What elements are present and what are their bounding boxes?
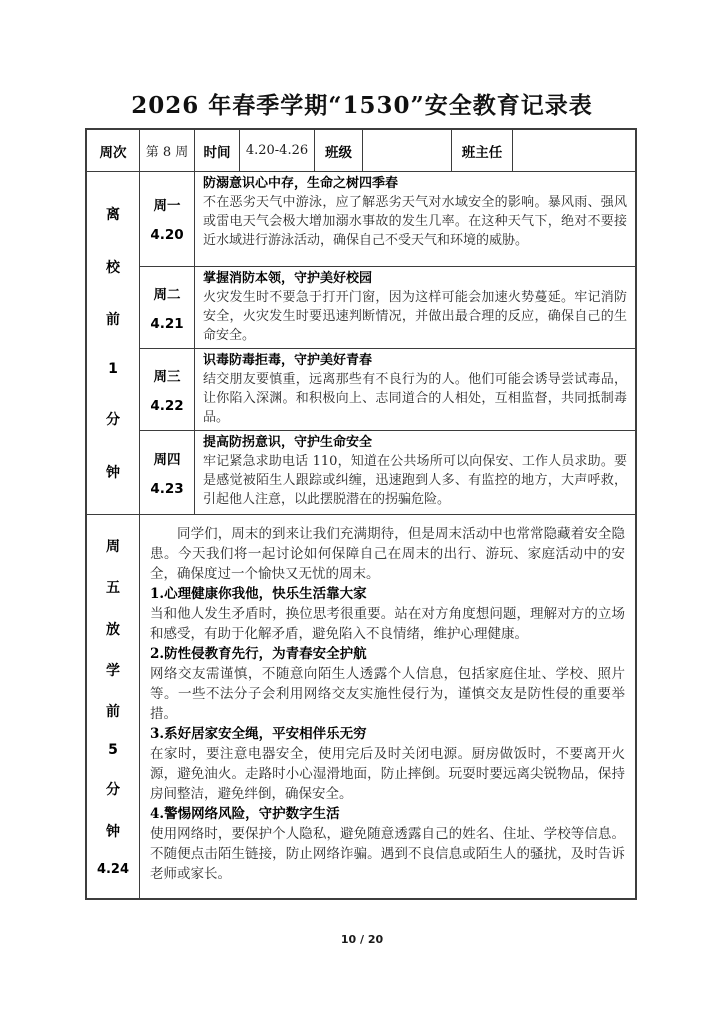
friday-section: 周 五 放 学 前 5 分 钟 4.24 同学们，周末的到来让我们充满期待，但是… [87,515,635,898]
day-label: 周三 [154,365,181,385]
table-row-thursday: 周四 4.23 提高防拐意识，守护生命安全 牢记紧急求助电话 110，知道在公共… [140,431,635,514]
side-char: 放 [106,619,120,639]
item-heading-4: 4.警惕网络风险，守护数字生活 [150,804,625,824]
day-label: 周四 [154,448,181,468]
item-heading-1: 1.心理健康你我他，快乐生活靠大家 [150,584,625,604]
content-cell: 掌握消防本领，守护美好校园 火灾发生时不要急于打开门窗，因为这样可能会加速火势蔓… [195,267,635,349]
week-number-label: 周次 [87,130,140,171]
table-row-monday: 周一 4.20 防溺意识心中存，生命之树四季春 不在恶劣天气中游泳，应了解恶劣天… [140,172,635,267]
item-heading-2: 2.防性侵教育先行，为青春安全护航 [150,644,625,664]
side-char: 钟 [106,821,120,841]
class-label: 班级 [315,130,363,171]
page-title: 2026 年春季学期“1530”安全教育记录表 [0,87,724,120]
friday-intro: 同学们，周末的到来让我们充满期待，但是周末活动中也常常隐藏着安全隐患。今天我们将… [150,524,625,584]
topic-body: 火灾发生时不要急于打开门窗，因为这样可能会加速火势蔓延。牢记消防安全，火灾发生时… [203,288,627,345]
day-label: 周二 [154,283,181,303]
topic-body: 不在恶劣天气中游泳，应了解恶劣天气对水域安全的影响。暴风雨、强风或雷电天气会极大… [203,193,627,250]
side-char: 校 [106,257,120,277]
friday-side-label: 周 五 放 学 前 5 分 钟 4.24 [87,515,140,898]
side-char: 离 [106,204,120,224]
side-char: 钟 [106,462,120,482]
topic-heading: 掌握消防本领，守护美好校园 [203,269,627,288]
side-char: 周 [106,536,120,556]
class-value-blank [363,130,452,171]
item-body-2: 网络交友需谨慎，不随意向陌生人透露个人信息，包括家庭住址、学校、照片等。一些不法… [150,664,625,724]
content-cell: 防溺意识心中存，生命之树四季春 不在恶劣天气中游泳，应了解恶劣天气对水域安全的影… [195,172,635,266]
topic-body: 结交朋友要慎重，远离那些有不良行为的人。他们可能会诱导尝试毒品，让你陷入深渊。和… [203,370,627,427]
item-body-1: 当和他人发生矛盾时，换位思考很重要。站在对方角度想问题，理解对方的立场和感受，有… [150,604,625,644]
teacher-value-blank [513,130,635,171]
topic-heading: 提高防拐意识，守护生命安全 [203,433,627,452]
table-row-tuesday: 周二 4.21 掌握消防本领，守护美好校园 火灾发生时不要急于打开门窗，因为这样… [140,267,635,350]
record-table: 周次 第 8 周 时间 4.20-4.26 班级 班主任 离 校 前 1 分 钟 [85,128,637,900]
item-body-3: 在家时，要注意电器安全，使用完后及时关闭电源。厨房做饭时，不要离开火源，避免油火… [150,744,625,804]
topic-heading: 识毒防毒拒毒，守护美好青春 [203,351,627,370]
side-char: 1 [108,361,118,377]
day-label: 周一 [154,194,181,214]
day-date: 4.22 [150,398,183,414]
document-page: 2026 年春季学期“1530”安全教育记录表 周次 第 8 周 时间 4.20… [0,0,724,1024]
week-number-value: 第 8 周 [140,130,195,171]
side-char: 五 [106,577,120,597]
day-date: 4.20 [150,227,183,243]
side-char: 分 [106,779,120,799]
table-header-row: 周次 第 8 周 时间 4.20-4.26 班级 班主任 [87,130,635,172]
day-cell: 周二 4.21 [140,267,195,349]
daily-section: 离 校 前 1 分 钟 周一 4.20 防溺意识心中存，生命之树四季春 不在恶劣… [87,172,635,515]
page-number: 10 / 20 [0,933,724,946]
teacher-label: 班主任 [452,130,513,171]
item-body-4: 使用网络时，要保护个人隐私，避免随意透露自己的姓名、住址、学校等信息。不随便点击… [150,824,625,884]
daily-side-label: 离 校 前 1 分 钟 [87,172,140,514]
friday-content-cell: 同学们，周末的到来让我们充满期待，但是周末活动中也常常隐藏着安全隐患。今天我们将… [140,515,635,898]
time-label: 时间 [195,130,240,171]
topic-body: 牢记紧急求助电话 110，知道在公共场所可以向保安、工作人员求助。要是感觉被陌生… [203,452,627,509]
topic-heading: 防溺意识心中存，生命之树四季春 [203,174,627,193]
day-cell: 周一 4.20 [140,172,195,266]
item-heading-3: 3.系好居家安全绳，平安相伴乐无穷 [150,724,625,744]
side-char: 学 [106,660,120,680]
table-row-wednesday: 周三 4.22 识毒防毒拒毒，守护美好青春 结交朋友要慎重，远离那些有不良行为的… [140,349,635,431]
time-value: 4.20-4.26 [240,130,315,171]
side-char: 前 [106,309,120,329]
day-cell: 周三 4.22 [140,349,195,430]
day-cell: 周四 4.23 [140,431,195,514]
content-cell: 识毒防毒拒毒，守护美好青春 结交朋友要慎重，远离那些有不良行为的人。他们可能会诱… [195,349,635,430]
day-date: 4.23 [150,481,183,497]
side-char: 前 [106,701,120,721]
friday-date: 4.24 [97,862,129,877]
content-cell: 提高防拐意识，守护生命安全 牢记紧急求助电话 110，知道在公共场所可以向保安、… [195,431,635,514]
side-char: 5 [108,742,118,758]
side-char: 分 [106,409,120,429]
daily-rows: 周一 4.20 防溺意识心中存，生命之树四季春 不在恶劣天气中游泳，应了解恶劣天… [140,172,635,514]
day-date: 4.21 [150,316,183,332]
